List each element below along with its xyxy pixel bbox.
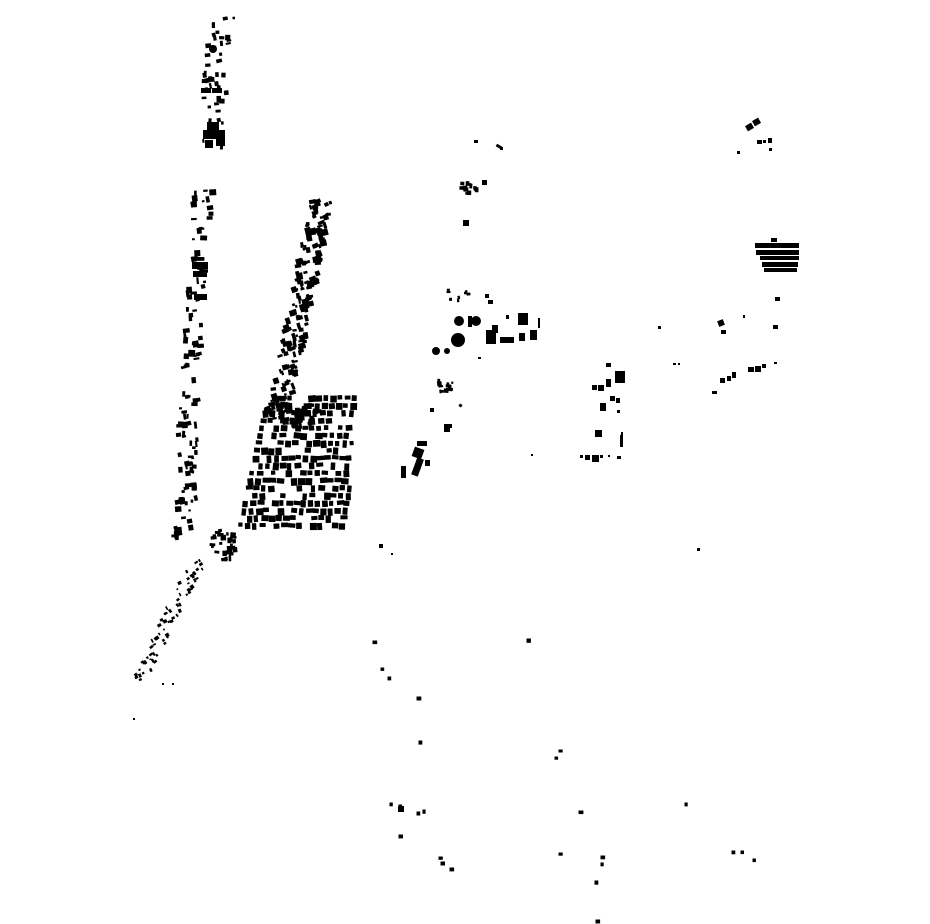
building: [205, 63, 211, 67]
building: [310, 403, 314, 407]
building: [530, 330, 537, 340]
building: [204, 71, 207, 75]
building: [439, 857, 443, 860]
building: [285, 441, 291, 448]
building: [262, 410, 268, 418]
building: [308, 395, 316, 402]
building: [268, 418, 273, 423]
building: [430, 408, 434, 412]
building: [465, 290, 468, 293]
building: [315, 470, 320, 476]
building: [189, 315, 193, 321]
building: [601, 863, 604, 867]
building: [249, 471, 254, 476]
building: [296, 485, 302, 491]
building: [350, 403, 357, 410]
building: [346, 425, 353, 431]
building: [737, 151, 740, 154]
building: [463, 220, 469, 226]
building: [469, 183, 472, 188]
building: [763, 140, 766, 143]
building: [292, 337, 296, 342]
building: [352, 395, 357, 401]
building: [199, 323, 203, 328]
building: [457, 298, 459, 302]
building: [381, 668, 385, 671]
building: [775, 297, 780, 301]
building: [331, 462, 336, 470]
building: [451, 382, 453, 384]
building: [327, 478, 334, 482]
building: [273, 523, 279, 529]
building: [720, 378, 725, 383]
building: [519, 333, 525, 341]
building: [188, 509, 191, 511]
tank: [444, 348, 450, 354]
building: [287, 463, 291, 470]
building: [205, 53, 211, 57]
building: [306, 234, 312, 241]
building: [182, 391, 185, 397]
building: [306, 508, 314, 513]
building: [171, 534, 177, 537]
building: [316, 462, 323, 467]
building: [278, 409, 283, 415]
building: [294, 463, 301, 469]
building: [774, 362, 777, 364]
building: [176, 433, 182, 438]
building: [324, 425, 328, 430]
building: [300, 307, 305, 312]
building: [286, 470, 293, 477]
building: [327, 410, 333, 416]
building: [768, 138, 772, 143]
building: [323, 395, 328, 401]
building: [230, 546, 236, 550]
building: [425, 460, 430, 466]
building: [313, 440, 321, 447]
building: [339, 456, 346, 461]
building: [769, 148, 772, 151]
building: [191, 377, 196, 383]
building: [266, 455, 271, 463]
building: [259, 493, 266, 500]
building: [302, 455, 308, 462]
building: [446, 384, 449, 387]
building: [221, 121, 224, 125]
building: [181, 516, 186, 519]
building: [194, 450, 198, 455]
building: [250, 500, 256, 506]
building: [302, 493, 307, 500]
building: [341, 410, 346, 417]
building: [322, 433, 327, 438]
building: [198, 257, 205, 261]
building: [275, 448, 281, 456]
building: [340, 485, 345, 490]
building: [133, 718, 135, 720]
building: [205, 140, 213, 148]
building: [309, 462, 315, 469]
building: [317, 455, 325, 460]
building-footprint-map: [0, 0, 930, 924]
building: [191, 402, 197, 406]
building: [187, 518, 193, 523]
building: [343, 433, 349, 440]
building: [305, 478, 312, 485]
building: [216, 138, 225, 146]
building: [207, 205, 214, 210]
building: [755, 243, 799, 248]
building: [349, 410, 354, 417]
building: [214, 102, 219, 106]
building: [285, 402, 289, 406]
building: [253, 515, 258, 522]
building: [279, 396, 285, 401]
building: [222, 551, 227, 557]
building: [230, 532, 236, 538]
building: [306, 441, 312, 448]
building: [336, 403, 343, 410]
building: [419, 741, 423, 745]
building: [595, 881, 599, 885]
building: [340, 515, 347, 519]
building: [555, 757, 559, 760]
building: [224, 557, 227, 562]
building: [194, 294, 207, 300]
building: [193, 271, 207, 277]
building: [616, 398, 620, 403]
building: [335, 441, 339, 446]
building: [673, 363, 676, 365]
building: [595, 430, 602, 437]
building: [335, 471, 341, 476]
building: [193, 398, 198, 403]
building: [437, 379, 440, 382]
building: [194, 250, 200, 256]
building: [245, 523, 251, 529]
building: [291, 478, 298, 486]
building: [482, 180, 487, 185]
building: [299, 412, 306, 416]
building: [328, 441, 333, 446]
building: [302, 426, 308, 430]
building: [329, 501, 333, 506]
building: [474, 186, 477, 191]
building: [319, 239, 327, 247]
building: [338, 425, 343, 430]
building: [322, 500, 328, 507]
building: [189, 440, 192, 445]
building: [270, 410, 276, 418]
building: [344, 463, 349, 470]
building: [326, 418, 333, 424]
building: [215, 72, 219, 77]
building: [311, 279, 316, 285]
building: [450, 868, 455, 872]
building: [531, 454, 533, 456]
building: [304, 403, 308, 408]
building: [446, 424, 452, 428]
building: [203, 130, 225, 139]
building: [620, 435, 623, 447]
building: [292, 329, 297, 332]
building: [310, 456, 317, 463]
building: [606, 363, 611, 367]
building: [200, 235, 207, 240]
building: [347, 485, 352, 492]
building: [373, 641, 378, 645]
building: [440, 390, 444, 393]
building: [248, 508, 253, 515]
building: [296, 523, 302, 529]
building: [379, 544, 383, 548]
building: [314, 501, 320, 507]
tank: [432, 347, 440, 355]
building: [466, 181, 470, 186]
building: [252, 523, 257, 530]
building: [732, 851, 736, 855]
building: [253, 456, 260, 463]
building: [271, 432, 277, 439]
building: [311, 485, 315, 492]
building: [305, 447, 311, 452]
building: [346, 455, 352, 461]
building: [241, 508, 246, 516]
building: [449, 298, 452, 301]
building: [327, 508, 332, 516]
building: [399, 835, 404, 839]
building: [439, 382, 442, 387]
building: [299, 328, 304, 332]
building: [334, 478, 341, 483]
building: [291, 508, 297, 513]
building: [329, 403, 336, 409]
building: [280, 402, 285, 408]
building: [417, 697, 422, 701]
building: [417, 812, 421, 816]
building: [280, 463, 287, 469]
building: [268, 486, 275, 493]
building: [727, 376, 731, 381]
building: [316, 426, 321, 431]
building: [478, 357, 481, 359]
building: [600, 455, 603, 458]
building: [773, 325, 778, 329]
building: [330, 396, 337, 403]
building: [191, 218, 197, 220]
building: [202, 96, 207, 99]
building: [334, 508, 340, 514]
building: [192, 446, 196, 449]
building: [417, 441, 427, 446]
building: [450, 388, 453, 391]
building: [685, 803, 688, 807]
building: [315, 261, 321, 265]
building: [172, 683, 174, 685]
building: [617, 410, 620, 413]
building: [207, 105, 211, 108]
building: [341, 478, 349, 484]
building: [212, 22, 215, 28]
building: [320, 477, 328, 483]
building: [185, 501, 188, 505]
building: [207, 122, 219, 130]
building: [559, 750, 563, 753]
building: [291, 360, 294, 362]
building: [229, 550, 231, 556]
building: [278, 508, 285, 515]
building: [269, 516, 275, 522]
building: [608, 455, 610, 457]
building: [277, 478, 285, 484]
building: [324, 455, 331, 460]
building: [615, 371, 625, 383]
building: [208, 212, 213, 216]
building: [279, 500, 283, 506]
building: [315, 433, 323, 439]
building: [756, 250, 799, 255]
building: [500, 337, 514, 343]
building: [320, 508, 326, 515]
building: [326, 516, 331, 523]
building: [585, 455, 590, 460]
building: [280, 493, 286, 498]
tank: [454, 316, 464, 326]
building: [390, 803, 393, 807]
building: [337, 433, 343, 439]
building: [203, 189, 208, 192]
building: [324, 493, 331, 500]
building: [293, 500, 301, 505]
building: [185, 470, 191, 476]
building: [755, 366, 761, 372]
building: [762, 262, 798, 267]
building: [398, 806, 404, 812]
building: [220, 41, 223, 46]
building: [191, 256, 198, 262]
building: [232, 17, 235, 20]
building: [318, 418, 325, 424]
building: [211, 545, 214, 548]
building: [337, 395, 342, 399]
building: [771, 238, 777, 242]
building: [221, 73, 225, 78]
building: [238, 522, 242, 526]
building: [268, 448, 274, 455]
building: [198, 336, 203, 341]
building: [621, 432, 623, 435]
building: [260, 418, 266, 423]
building: [261, 485, 265, 492]
building: [309, 425, 315, 430]
building: [764, 268, 797, 272]
building: [757, 140, 762, 144]
building: [345, 396, 351, 400]
building: [317, 523, 322, 530]
building: [320, 440, 326, 448]
building: [192, 262, 208, 269]
building: [315, 395, 322, 401]
building: [203, 280, 206, 283]
building: [274, 455, 279, 462]
building: [263, 508, 269, 513]
building: [592, 455, 599, 462]
building: [186, 307, 189, 312]
building: [216, 118, 221, 123]
building: [256, 440, 263, 444]
building: [488, 300, 493, 304]
building: [279, 433, 286, 438]
building: [311, 516, 317, 520]
building: [281, 456, 288, 461]
building: [388, 677, 392, 681]
building: [257, 433, 263, 439]
building: [343, 470, 349, 477]
building: [527, 639, 531, 643]
building: [272, 395, 280, 402]
building: [192, 342, 196, 346]
building: [298, 478, 305, 485]
building: [228, 555, 231, 561]
building: [313, 508, 319, 513]
building: [617, 456, 621, 459]
building: [272, 500, 279, 506]
building: [191, 500, 194, 503]
building: [283, 516, 290, 521]
building: [610, 396, 615, 401]
building: [192, 238, 195, 240]
building: [284, 393, 287, 395]
building: [275, 515, 282, 521]
building: [247, 516, 252, 523]
building: [441, 862, 446, 866]
building: [208, 76, 212, 81]
building: [226, 532, 229, 536]
building: [401, 466, 406, 478]
building: [252, 493, 258, 499]
building: [220, 535, 226, 541]
building: [721, 330, 726, 334]
tank: [451, 333, 465, 347]
building: [255, 478, 262, 485]
building: [598, 385, 604, 391]
building: [258, 463, 263, 469]
building: [219, 542, 222, 545]
building: [474, 140, 478, 143]
building: [215, 31, 219, 34]
building: [224, 90, 229, 95]
building: [601, 856, 606, 860]
building: [748, 367, 754, 372]
building: [332, 455, 339, 460]
building: [300, 433, 307, 440]
building: [259, 425, 264, 431]
building: [292, 440, 299, 445]
building: [678, 363, 680, 365]
building: [762, 364, 766, 368]
building: [391, 553, 393, 555]
building: [346, 493, 351, 500]
building: [186, 414, 188, 419]
building: [257, 471, 264, 476]
building: [299, 260, 303, 263]
building: [448, 384, 452, 388]
building: [271, 470, 276, 475]
building: [202, 79, 207, 83]
building: [538, 318, 540, 328]
building: [326, 448, 332, 453]
